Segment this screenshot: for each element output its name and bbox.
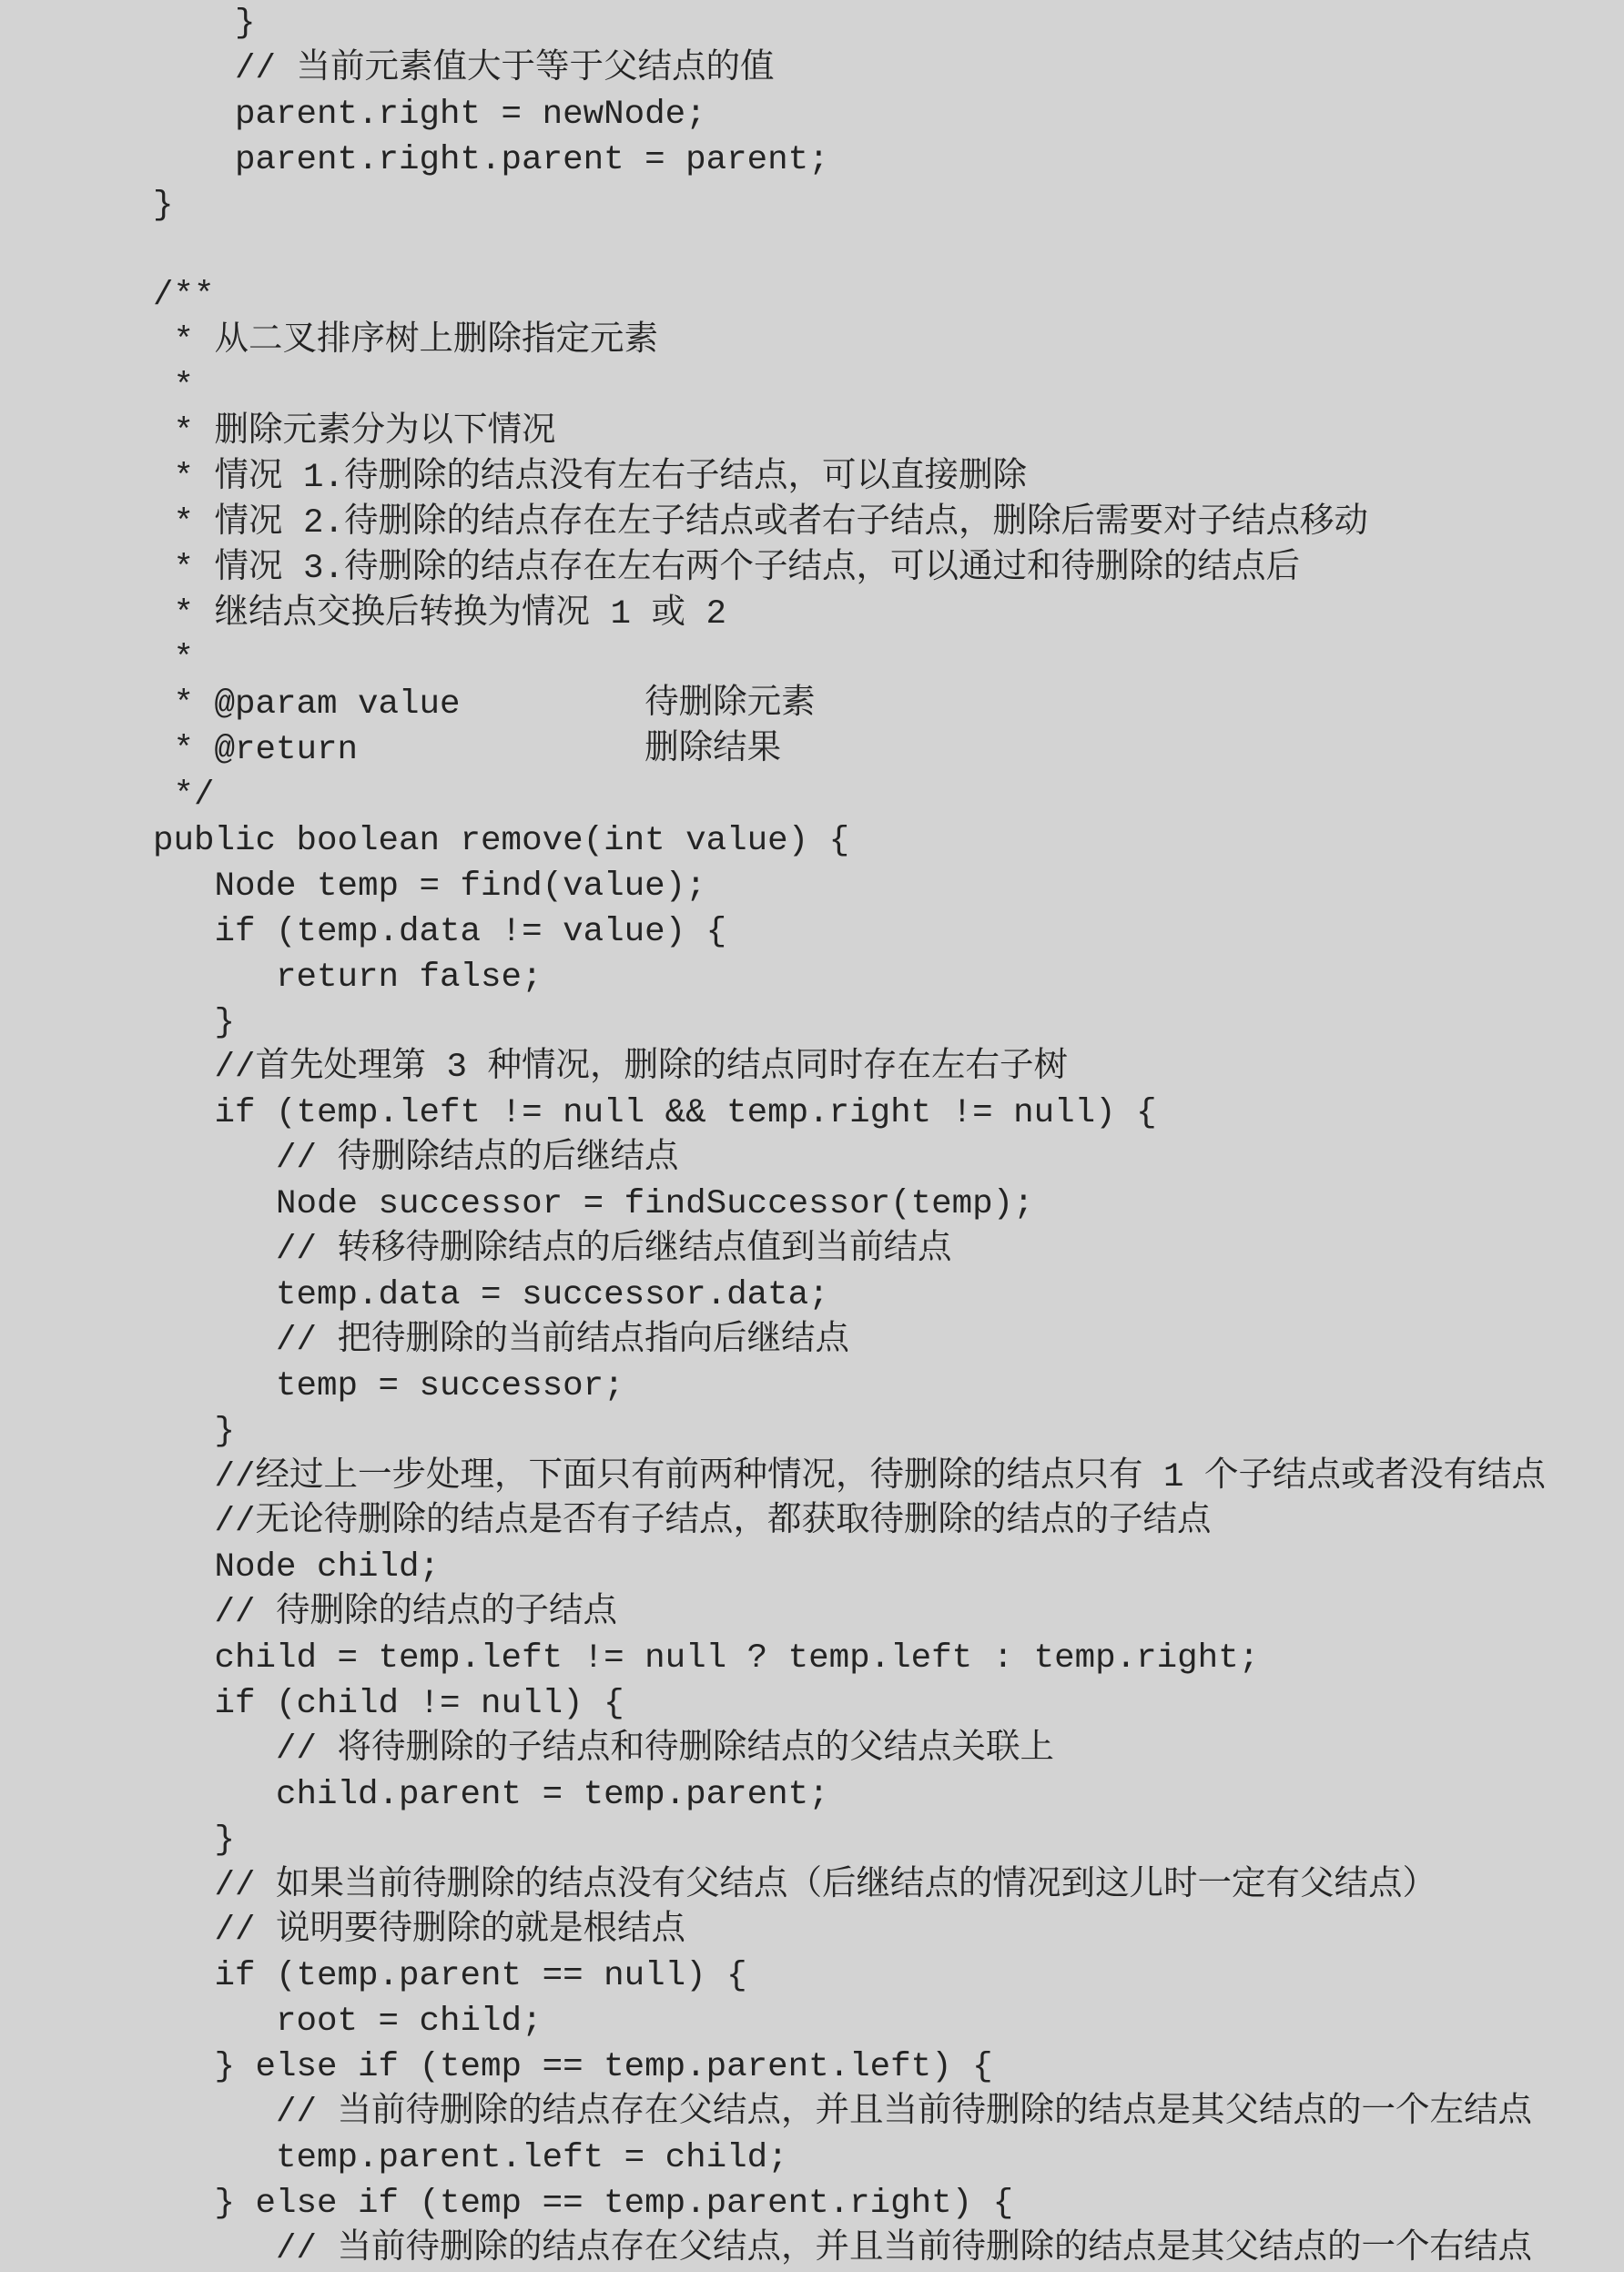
code-line: * 情况 1.待删除的结点没有左右子结点，可以直接删除 (153, 456, 1624, 502)
code-line: } else if (temp == temp.parent.left) { (153, 2045, 1624, 2091)
code-line: /** (153, 274, 1624, 319)
code-line: child.parent = temp.parent; (153, 1773, 1624, 1819)
code-line: if (temp.left != null && temp.right != n… (153, 1091, 1624, 1137)
code-line: * @return 删除结果 (153, 728, 1624, 774)
code-line: parent.right.parent = parent; (153, 138, 1624, 184)
code-line: if (temp.data != value) { (153, 910, 1624, 956)
code-line: //无论待删除的结点是否有子结点，都获取待删除的结点的子结点 (153, 1500, 1624, 1546)
code-line: child = temp.left != null ? temp.left : … (153, 1637, 1624, 1682)
code-line: * 从二叉排序树上删除指定元素 (153, 319, 1624, 365)
code-line (153, 228, 1624, 274)
code-line: temp.parent.left = child; (153, 2136, 1624, 2182)
code-line: // 当前待删除的结点存在父结点，并且当前待删除的结点是其父结点的一个右结点 (153, 2227, 1624, 2272)
code-line: * (153, 637, 1624, 683)
code-line: * 删除元素分为以下情况 (153, 411, 1624, 456)
code-line: // 说明要待删除的就是根结点 (153, 1909, 1624, 1954)
code-line: temp.data = successor.data; (153, 1273, 1624, 1319)
code-line: * (153, 365, 1624, 411)
code-line: * 继结点交换后转换为情况 1 或 2 (153, 593, 1624, 638)
code-line: // 待删除结点的后继结点 (153, 1137, 1624, 1182)
code-line: * @param value 待删除元素 (153, 683, 1624, 728)
code-line: } (153, 1819, 1624, 1864)
code-line: return false; (153, 956, 1624, 1001)
code-line: // 当前元素值大于等于父结点的值 (153, 47, 1624, 93)
code-line: public boolean remove(int value) { (153, 819, 1624, 865)
code-line: parent.right = newNode; (153, 93, 1624, 138)
code-line: // 把待删除的当前结点指向后继结点 (153, 1319, 1624, 1364)
code-line: if (temp.parent == null) { (153, 1954, 1624, 2000)
code-line: } (153, 1001, 1624, 1047)
code-line: // 当前待删除的结点存在父结点，并且当前待删除的结点是其父结点的一个左结点 (153, 2091, 1624, 2136)
code-line: //首先处理第 3 种情况，删除的结点同时存在左右子树 (153, 1046, 1624, 1091)
code-line: // 待删除的结点的子结点 (153, 1591, 1624, 1637)
code-line: Node temp = find(value); (153, 865, 1624, 910)
code-line: // 转移待删除结点的后继结点值到当前结点 (153, 1228, 1624, 1273)
code-line: root = child; (153, 2000, 1624, 2045)
code-line: */ (153, 774, 1624, 819)
code-line: Node child; (153, 1546, 1624, 1591)
code-line: if (child != null) { (153, 1682, 1624, 1728)
code-listing: } // 当前元素值大于等于父结点的值 parent.right = newNo… (0, 0, 1624, 2272)
code-line: } (153, 2, 1624, 47)
code-line: } (153, 184, 1624, 229)
code-line: // 如果当前待删除的结点没有父结点（后继结点的情况到这儿时一定有父结点） (153, 1864, 1624, 1910)
code-line: * 情况 2.待删除的结点存在左子结点或者右子结点，删除后需要对子结点移动 (153, 502, 1624, 547)
code-line: // 将待删除的子结点和待删除结点的父结点关联上 (153, 1728, 1624, 1773)
code-line: } (153, 1410, 1624, 1455)
code-page: } // 当前元素值大于等于父结点的值 parent.right = newNo… (0, 0, 1624, 2272)
code-line: temp = successor; (153, 1364, 1624, 1410)
code-line: //经过上一步处理，下面只有前两种情况，待删除的结点只有 1 个子结点或者没有结… (153, 1455, 1624, 1501)
code-line: * 情况 3.待删除的结点存在左右两个子结点，可以通过和待删除的结点后 (153, 547, 1624, 593)
code-line: } else if (temp == temp.parent.right) { (153, 2182, 1624, 2227)
code-line: Node successor = findSuccessor(temp); (153, 1182, 1624, 1228)
